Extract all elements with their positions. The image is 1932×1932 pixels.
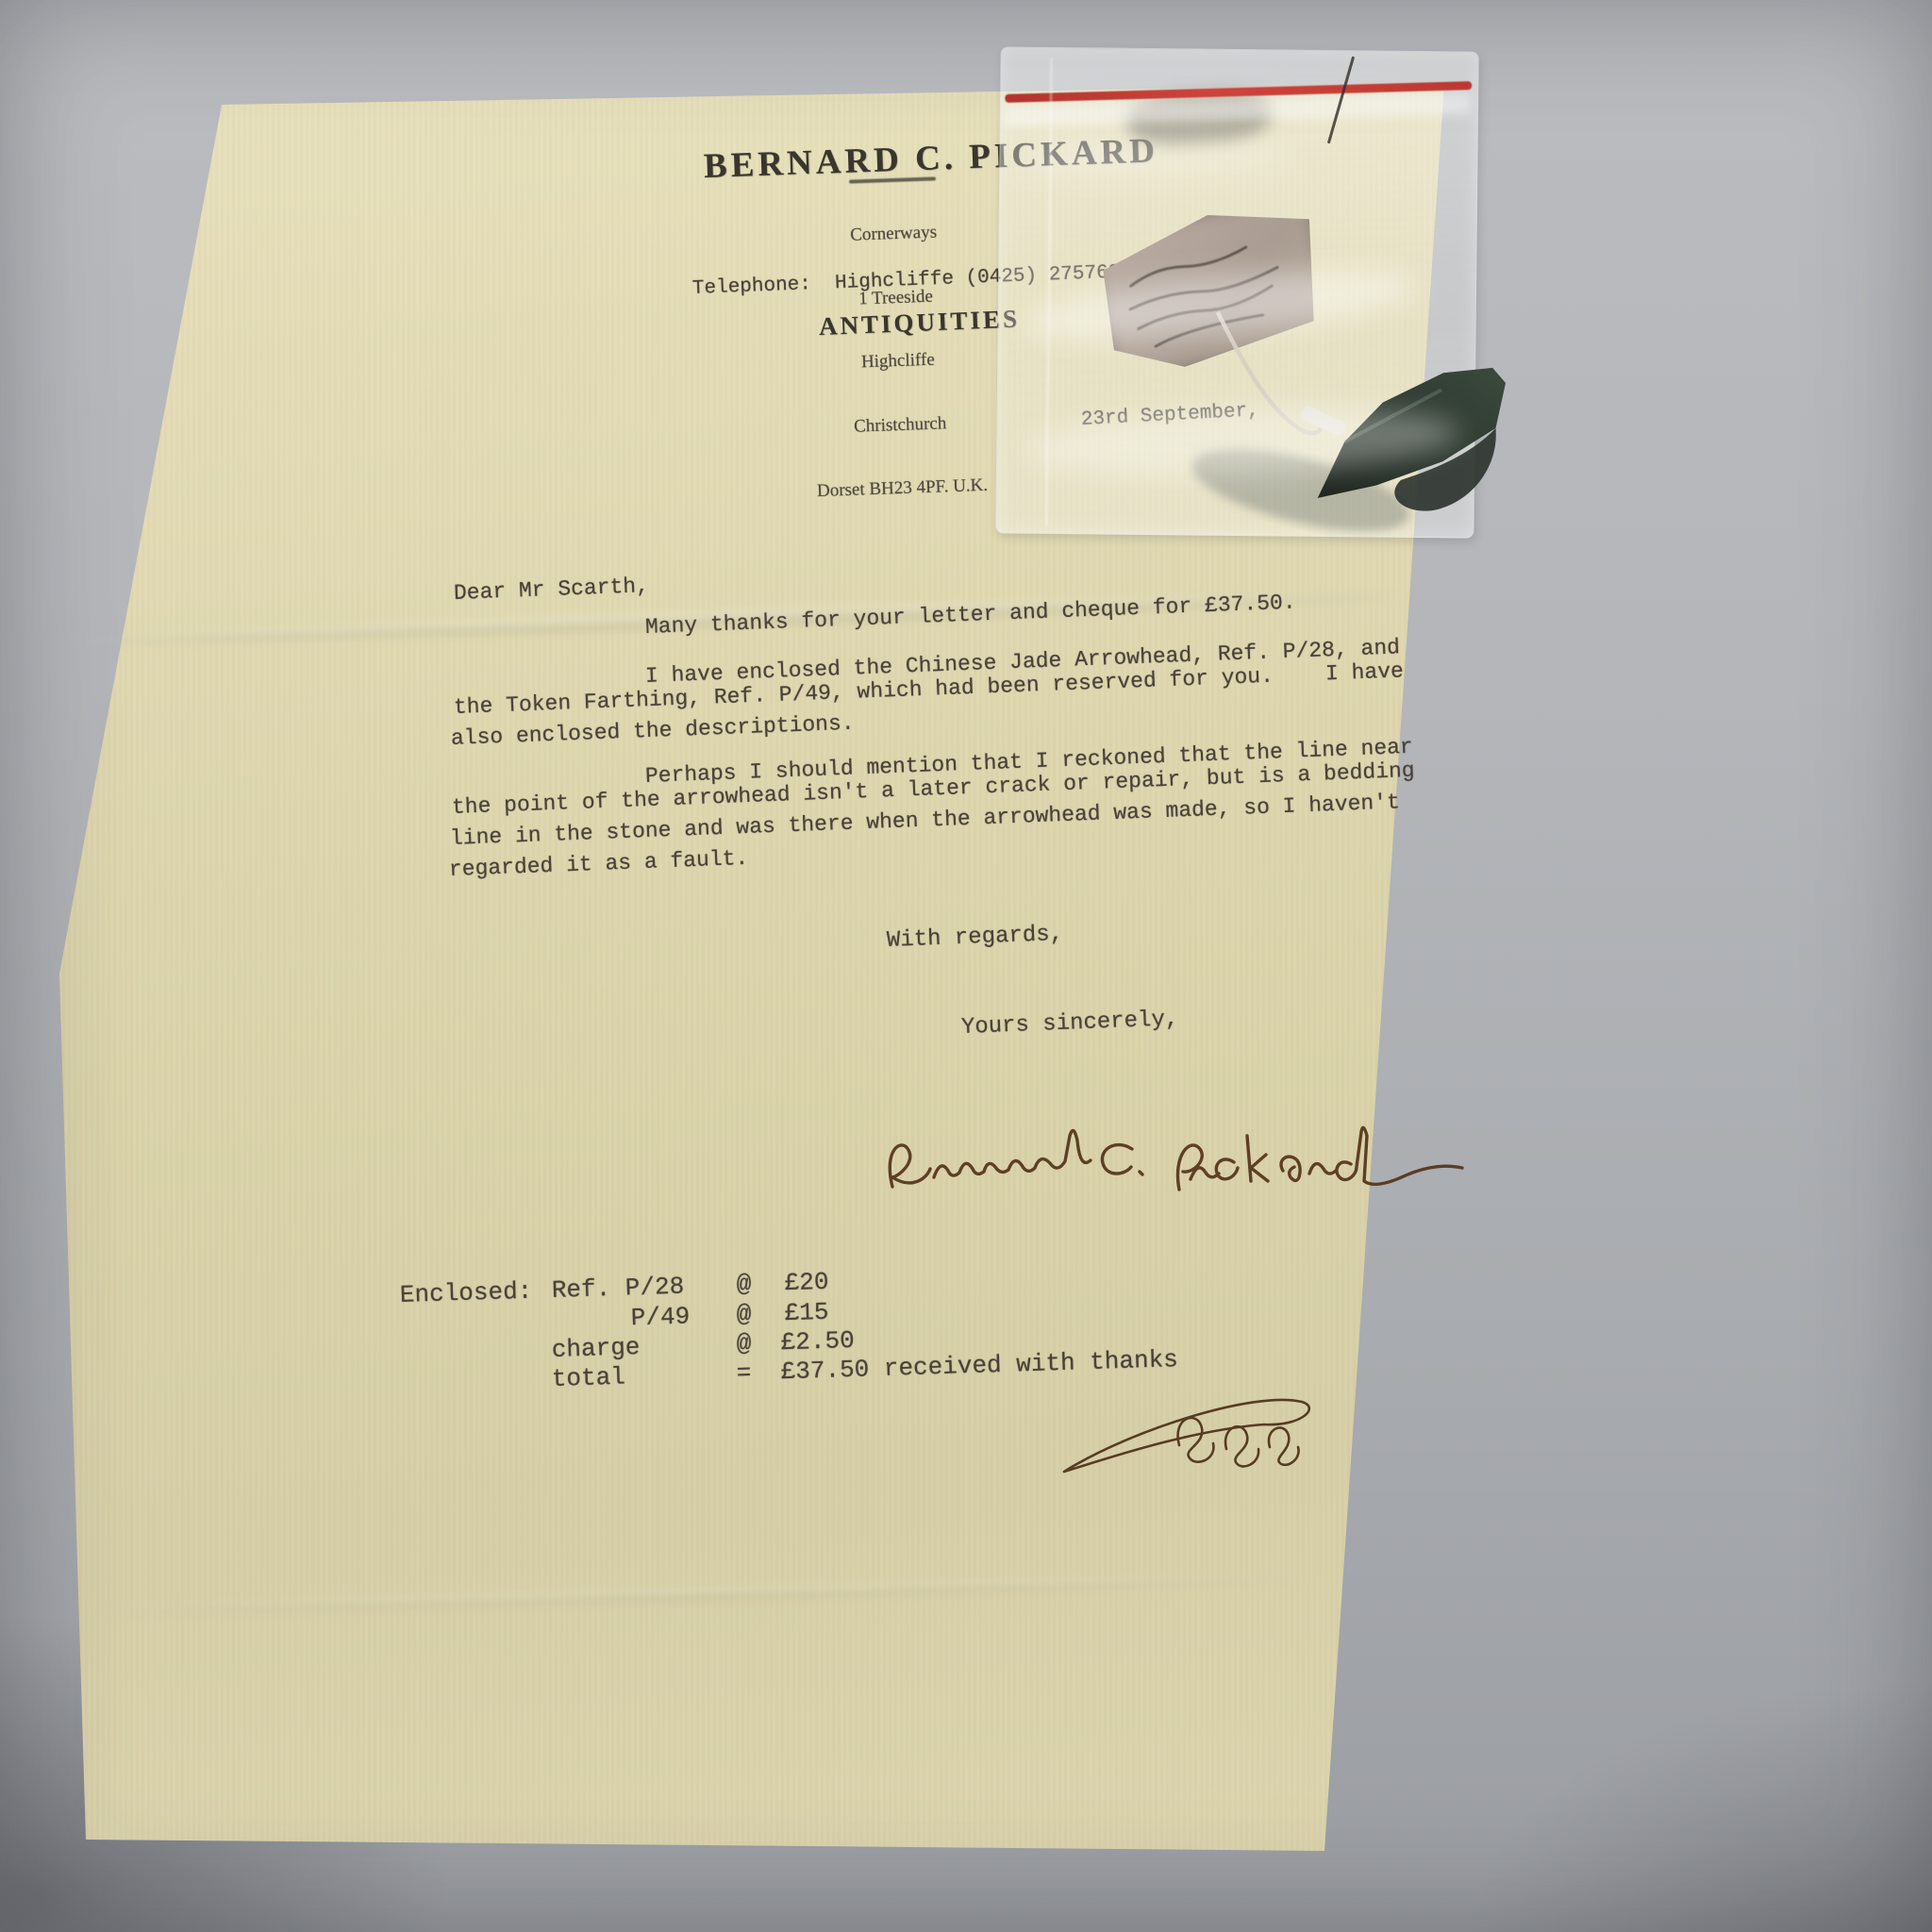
bag-highlight: [1009, 136, 1293, 180]
enclosed-item: P/49: [630, 1302, 690, 1332]
enclosed-amount: £15: [784, 1298, 829, 1327]
enclosed-item: charge: [551, 1333, 641, 1364]
photo-of-letter: BERNARD C. PICKARD Cornerways 1 Treeside…: [0, 0, 1932, 1932]
enclosed-op: =: [736, 1358, 752, 1387]
enclosed-item: Ref. P/28: [551, 1273, 684, 1305]
enclosed-amount: £2.50: [780, 1326, 855, 1357]
enclosed-label: Enclosed:: [399, 1277, 532, 1309]
enclosed-amount: £20: [784, 1268, 829, 1297]
signature-handwriting: Bernard C. Pickard: [875, 1100, 1479, 1223]
enclosed-op: @: [736, 1300, 752, 1328]
enclosed-item: total: [551, 1363, 625, 1393]
enclosed-op: @: [736, 1329, 752, 1357]
initials-scribble: [1045, 1366, 1328, 1507]
ziplock-bag: [995, 46, 1478, 538]
enclosed-op: @: [736, 1270, 752, 1298]
